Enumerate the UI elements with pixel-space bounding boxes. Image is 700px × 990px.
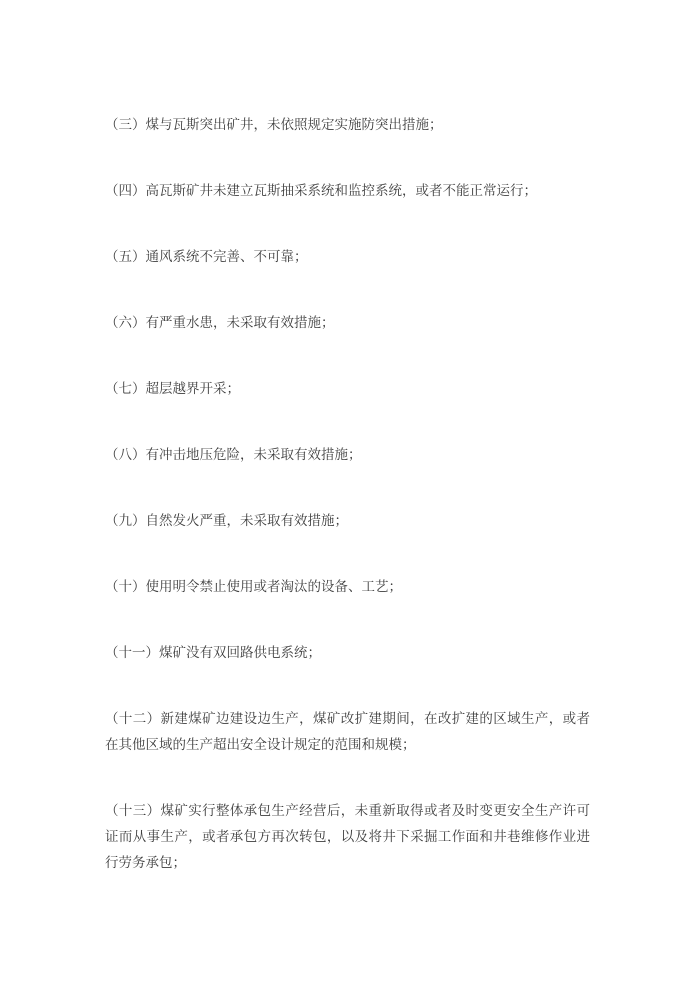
list-item: （四）高瓦斯矿井未建立瓦斯抽采系统和监控系统，或者不能正常运行； (105, 178, 590, 204)
list-item: （三）煤与瓦斯突出矿井，未依照规定实施防突出措施； (105, 112, 590, 138)
document-body: （三）煤与瓦斯突出矿井，未依照规定实施防突出措施； （四）高瓦斯矿井未建立瓦斯抽… (105, 112, 590, 876)
document-page: （三）煤与瓦斯突出矿井，未依照规定实施防突出措施； （四）高瓦斯矿井未建立瓦斯抽… (0, 0, 700, 990)
list-item: （五）通风系统不完善、不可靠； (105, 244, 590, 270)
list-item: （八）有冲击地压危险，未采取有效措施； (105, 442, 590, 468)
list-item: （十）使用明令禁止使用或者淘汰的设备、工艺； (105, 574, 590, 600)
list-item: （十三）煤矿实行整体承包生产经营后，未重新取得或者及时变更安全生产许可证而从事生… (105, 798, 590, 876)
list-item: （七）超层越界开采； (105, 376, 590, 402)
list-item: （六）有严重水患，未采取有效措施； (105, 310, 590, 336)
list-item: （十一）煤矿没有双回路供电系统； (105, 640, 590, 666)
list-item: （九）自然发火严重，未采取有效措施； (105, 508, 590, 534)
list-item: （十二）新建煤矿边建设边生产，煤矿改扩建期间，在改扩建的区域生产，或者在其他区域… (105, 706, 590, 758)
